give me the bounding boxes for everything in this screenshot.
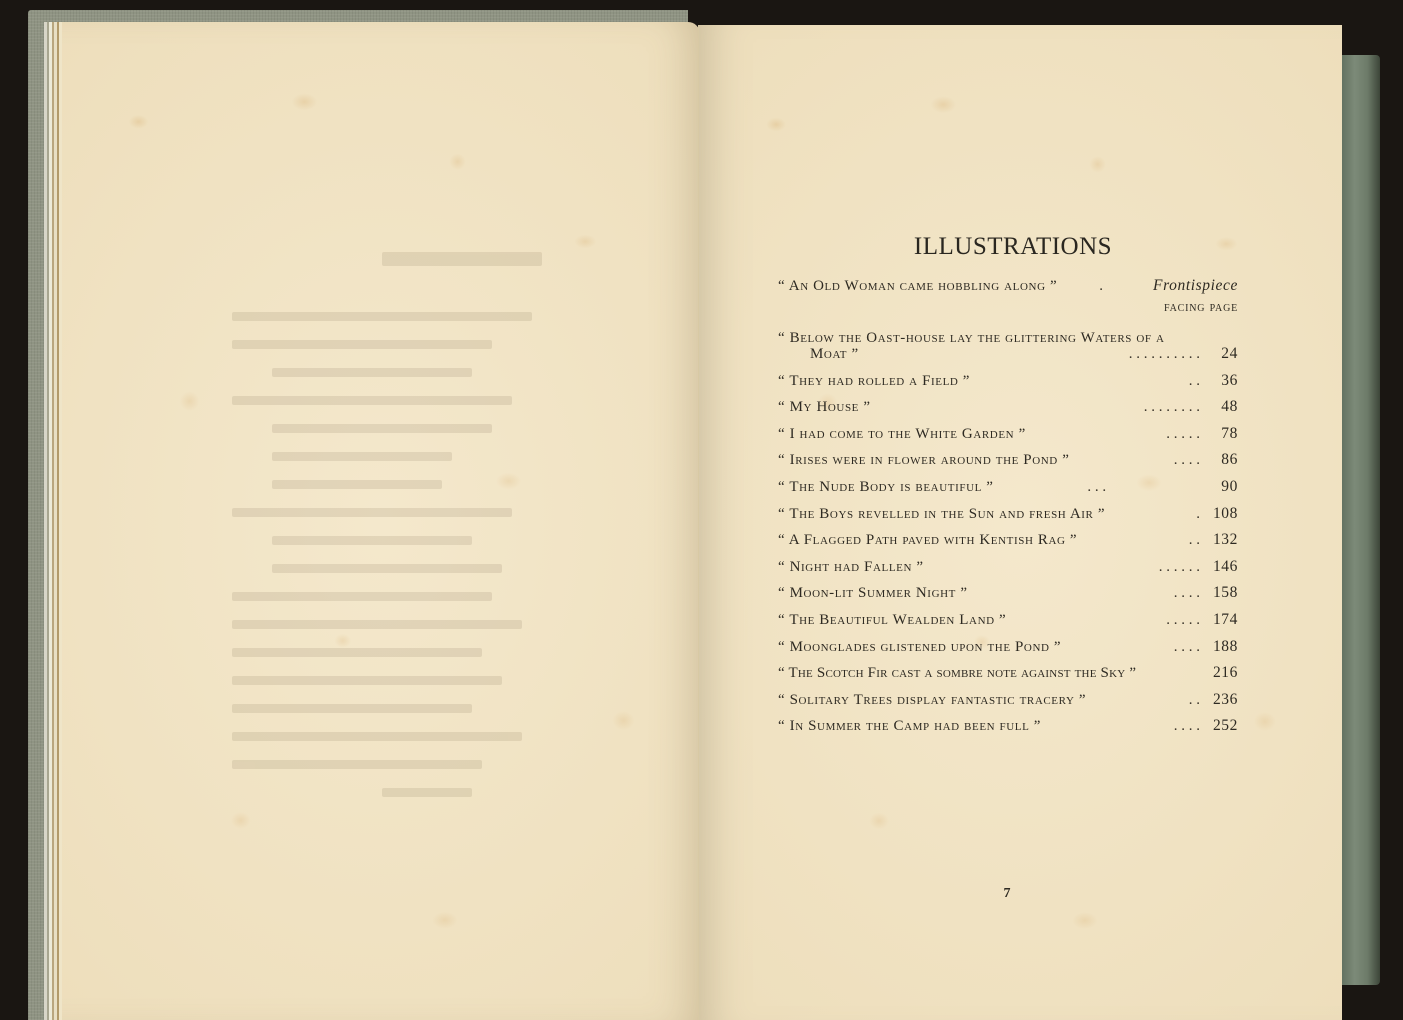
dot-leader: . . . . . — [1006, 607, 1208, 634]
page-folio: 7 — [1000, 886, 1014, 902]
list-item: “ Moon-lit Summer Night ” . . . . 158 — [778, 580, 1238, 607]
page-number: 86 — [1208, 447, 1238, 474]
dot-leader: . . . . . . . . . . — [859, 346, 1208, 362]
page-number: 108 — [1208, 501, 1238, 528]
list-item: “ Irises were in flower around the Pond … — [778, 447, 1238, 474]
ghost-line — [232, 676, 502, 685]
caption: “ Night had Fallen ” — [778, 554, 924, 581]
left-page — [62, 22, 700, 1020]
caption-line-1: “ Below the Oast-house lay the glitterin… — [778, 330, 1238, 346]
caption: “ Moon-lit Summer Night ” — [778, 580, 968, 607]
list-item: “ The Nude Body is beautiful ” . . . 90 — [778, 474, 1238, 501]
list-item: “ My House ” . . . . . . . . 48 — [778, 394, 1238, 421]
dot-leader: . . . . — [1041, 713, 1208, 740]
dot-leader: . . — [970, 368, 1208, 395]
book-spread: ILLUSTRATIONS “ An Old Woman came hobbli… — [0, 0, 1403, 1020]
facing-page-label: facing page — [778, 300, 1238, 322]
page-number: 48 — [1208, 394, 1238, 421]
list-item: “ Moonglades glistened upon the Pond ” .… — [778, 634, 1238, 661]
page-number: 146 — [1208, 554, 1238, 581]
list-item: “ Solitary Trees display fantastic trace… — [778, 687, 1238, 714]
ghost-line — [272, 424, 492, 433]
caption: “ Irises were in flower around the Pond … — [778, 447, 1069, 474]
caption: “ The Nude Body is beautiful ” — [778, 474, 994, 501]
ghost-line — [232, 592, 492, 601]
caption-line-2: Moat ” — [810, 346, 859, 362]
caption: “ Moonglades glistened upon the Pond ” — [778, 634, 1061, 661]
dot-leader: . — [1105, 501, 1208, 528]
page-number: 132 — [1208, 527, 1238, 554]
dot-leader: . . . . — [968, 580, 1208, 607]
list-item: “ I had come to the White Garden ” . . .… — [778, 421, 1238, 448]
ghost-line — [232, 732, 522, 741]
caption: “ I had come to the White Garden ” — [778, 421, 1026, 448]
caption: “ Solitary Trees display fantastic trace… — [778, 687, 1086, 714]
dot-leader: . . . . — [1069, 447, 1208, 474]
illustrations-list: ILLUSTRATIONS “ An Old Woman came hobbli… — [778, 233, 1238, 740]
caption: “ The Boys revelled in the Sun and fresh… — [778, 501, 1105, 528]
ghost-line — [232, 396, 512, 405]
caption: “ A Flagged Path paved with Kentish Rag … — [778, 527, 1077, 554]
illustrations-heading: ILLUSTRATIONS — [778, 233, 1238, 261]
dot-leader: . . . . . . . . — [871, 394, 1208, 421]
page-number: 174 — [1208, 607, 1238, 634]
ghost-line — [232, 760, 482, 769]
page-number: 252 — [1208, 713, 1238, 740]
list-item: “ The Boys revelled in the Sun and fresh… — [778, 501, 1238, 528]
ghost-line — [272, 452, 452, 461]
list-item-frontispiece: “ An Old Woman came hobbling along ” . F… — [778, 273, 1238, 300]
book-cover-right-edge — [1338, 55, 1380, 985]
page-number: 36 — [1208, 368, 1238, 395]
ghost-line — [272, 480, 442, 489]
ghost-line — [232, 508, 512, 517]
dot-leader: . . — [1086, 687, 1208, 714]
list-item: “ Below the Oast-house lay the glitterin… — [778, 328, 1238, 368]
caption: “ The Beautiful Wealden Land ” — [778, 607, 1006, 634]
list-item: “ A Flagged Path paved with Kentish Rag … — [778, 527, 1238, 554]
list-item: “ In Summer the Camp had been full ” . .… — [778, 713, 1238, 740]
ghost-line — [382, 788, 472, 797]
caption: “ The Scotch Fir cast a sombre note agai… — [778, 660, 1136, 687]
page-number: 188 — [1208, 634, 1238, 661]
list-item: “ The Scotch Fir cast a sombre note agai… — [778, 660, 1238, 687]
ghost-line — [272, 564, 502, 573]
caption: “ In Summer the Camp had been full ” — [778, 713, 1041, 740]
dot-leader: . . . . . — [1026, 421, 1208, 448]
dot-leader: . . . . — [1061, 634, 1208, 661]
ghost-line — [232, 648, 482, 657]
ghost-line — [232, 340, 492, 349]
ghost-line — [272, 536, 472, 545]
page-number: Frontispiece — [1153, 273, 1238, 300]
caption: “ My House ” — [778, 394, 871, 421]
page-number: 90 — [1208, 474, 1238, 501]
dot-leader: . . . . . . — [924, 554, 1208, 581]
list-item: “ The Beautiful Wealden Land ” . . . . .… — [778, 607, 1238, 634]
ghost-heading — [382, 252, 542, 266]
page-number: 236 — [1208, 687, 1238, 714]
page-number: 216 — [1208, 660, 1238, 687]
dot-leader: . . — [1077, 527, 1208, 554]
caption: “ An Old Woman came hobbling along ” — [778, 273, 1057, 300]
page-number: 24 — [1208, 346, 1238, 362]
dot-leader: . — [1057, 273, 1153, 300]
ghost-line — [232, 312, 532, 321]
list-item: “ Night had Fallen ” . . . . . . 146 — [778, 554, 1238, 581]
list-item: “ They had rolled a Field ” . . 36 — [778, 368, 1238, 395]
page-number: 78 — [1208, 421, 1238, 448]
ghost-line — [232, 620, 522, 629]
ghost-line — [272, 368, 472, 377]
caption: “ They had rolled a Field ” — [778, 368, 970, 395]
bleed-through-ghost — [232, 222, 712, 822]
ghost-line — [232, 704, 472, 713]
dot-leader: . . . — [994, 474, 1208, 501]
page-number: 158 — [1208, 580, 1238, 607]
